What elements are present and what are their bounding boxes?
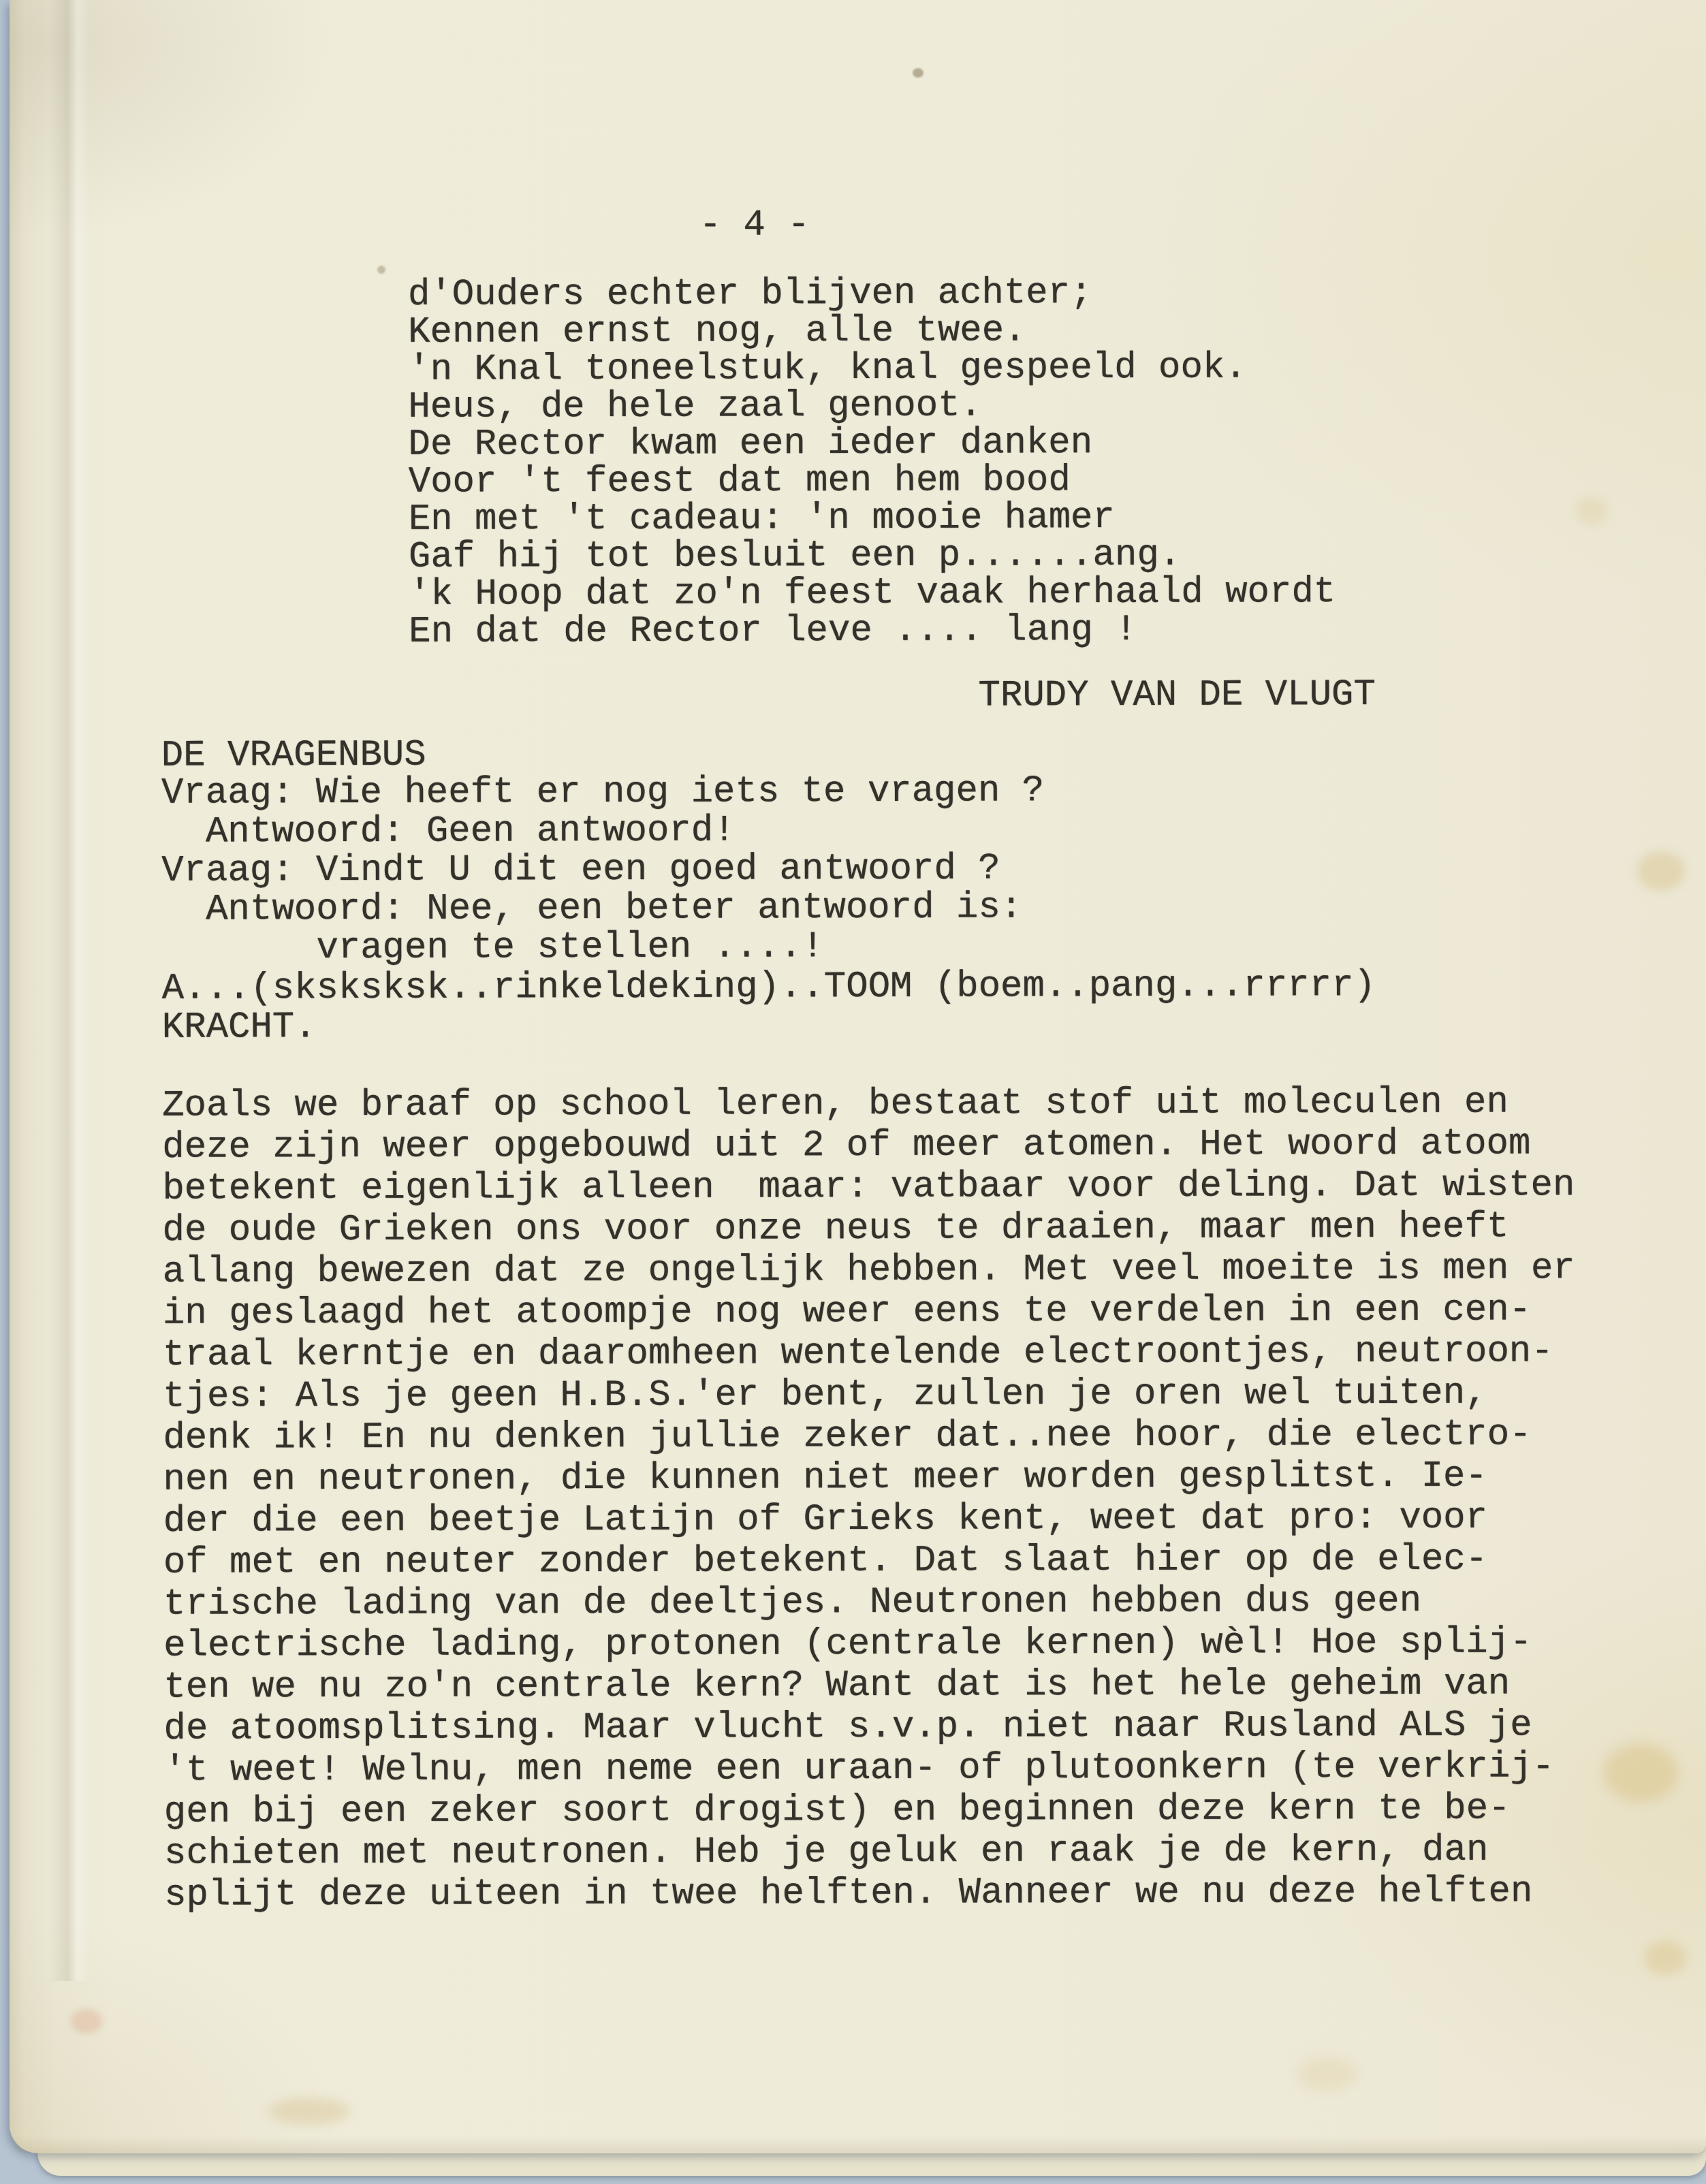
atoomkracht-heading: KRACHT.	[162, 1007, 317, 1049]
vragenbus-heading: DE VRAGENBUS	[161, 735, 426, 777]
page-content: - 4 - d'Ouders echter blijven achter; Ke…	[7, 0, 1706, 2155]
poem: d'Ouders echter blijven achter; Kennen e…	[408, 274, 1336, 651]
vragenbus-qa-lines: Vraag: Wie heeft er nog iets te vragen ?…	[161, 772, 1045, 968]
poem-signature: TRUDY VAN DE VLUGT	[978, 674, 1375, 717]
scanned-document: - 4 - d'Ouders echter blijven achter; Ke…	[0, 0, 1706, 2184]
atoomkracht-body: Zoals we braaf op school leren, bestaat …	[162, 1081, 1577, 1916]
page-number: - 4 -	[699, 204, 810, 246]
paper-page: - 4 - d'Ouders echter blijven achter; Ke…	[10, 0, 1706, 2153]
atoomkracht-title-line: A...(sksksksk..rinkeldeking)..TOOM (boem…	[162, 965, 1376, 1010]
